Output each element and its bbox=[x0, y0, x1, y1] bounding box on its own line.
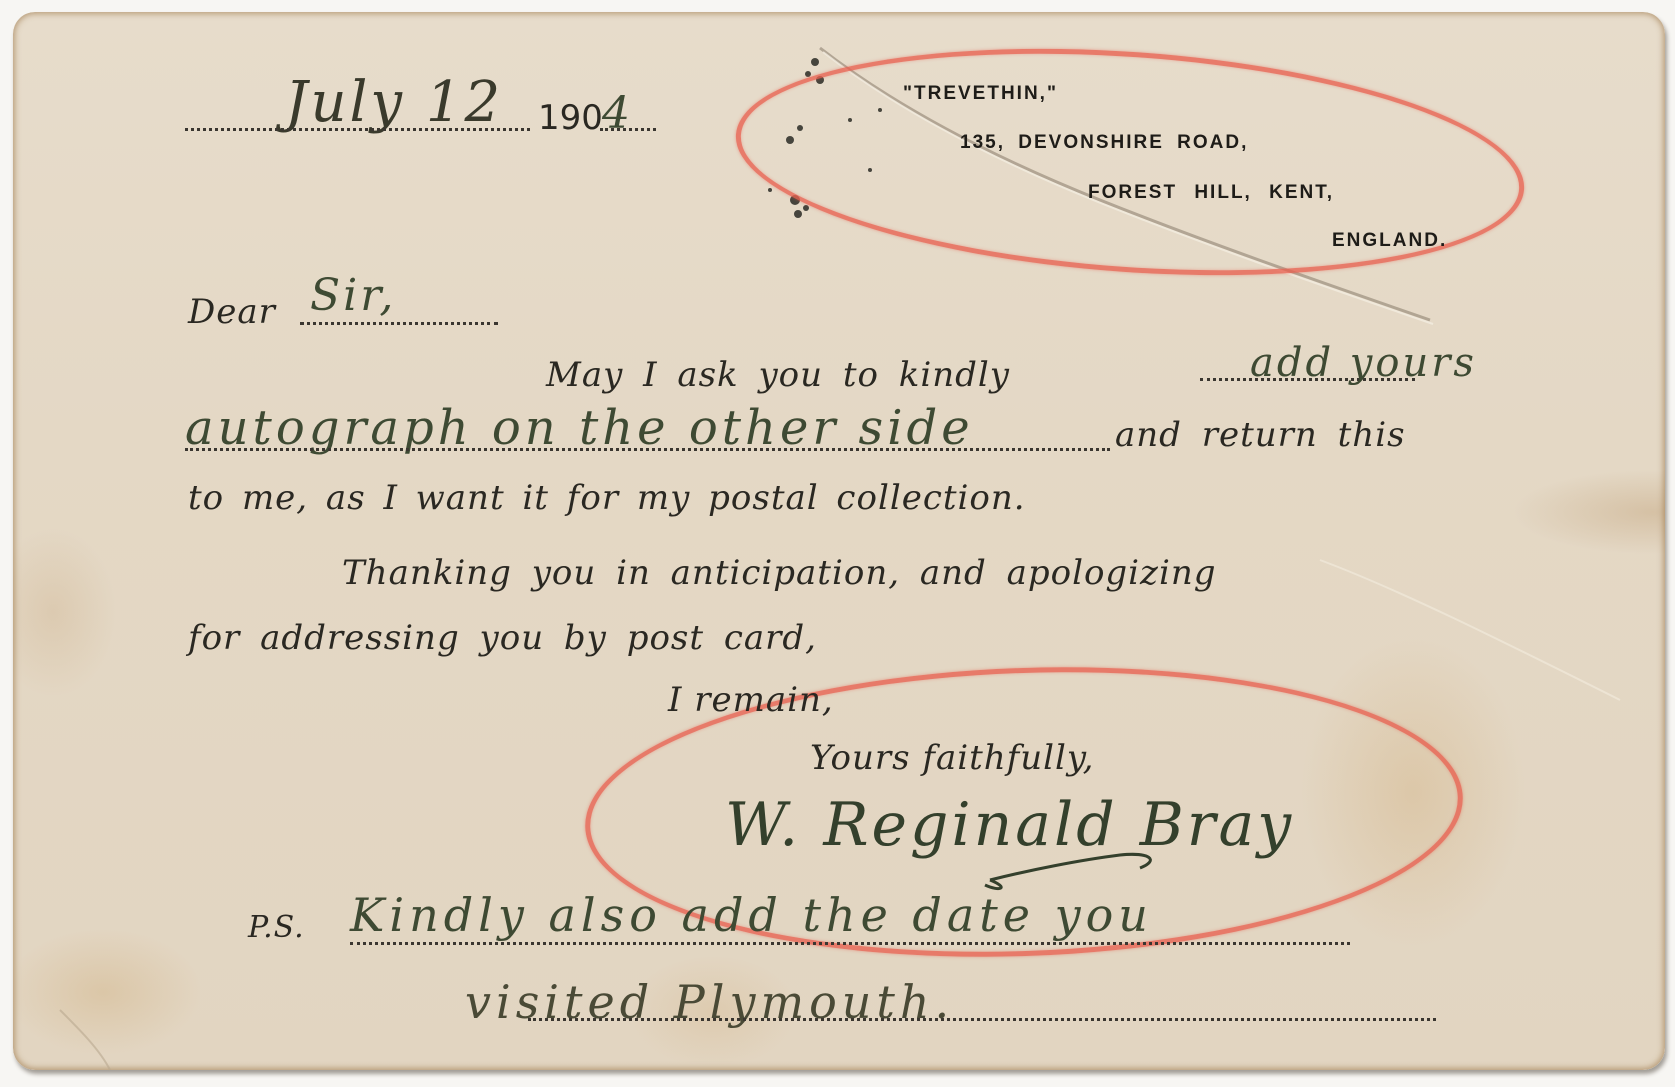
postscript-line-1: Kindly also add the date you bbox=[350, 888, 1153, 942]
salutation-handwritten: Sir, bbox=[310, 270, 396, 321]
closing-yours: Yours faithfully, bbox=[810, 738, 1094, 778]
address-line-1: 135, DEVONSHIRE ROAD, bbox=[960, 132, 1248, 154]
date-year-handwritten: 4 bbox=[602, 88, 633, 139]
salutation-printed: Dear bbox=[188, 292, 276, 332]
body-line-4-printed: Thanking you in anticipation, and apolog… bbox=[342, 553, 1217, 593]
date-dotted-line bbox=[185, 128, 530, 131]
salutation-dotted-line bbox=[300, 322, 498, 325]
body-line-1-handwritten: add yours bbox=[1250, 340, 1477, 386]
address-line-2: FOREST HILL, KENT, bbox=[1088, 182, 1334, 204]
date-year-printed: 190 bbox=[538, 98, 603, 138]
body-line-1-printed: May I ask you to kindly bbox=[546, 355, 1010, 395]
body-line-3-printed: to me, as I want it for my postal collec… bbox=[188, 478, 1026, 518]
body-line-2-printed: and return this bbox=[1115, 415, 1406, 455]
body-line-2-dotted bbox=[185, 448, 1110, 451]
body-line-5-printed: for addressing you by post card, bbox=[188, 618, 817, 658]
signature: W. Reginald Bray bbox=[725, 790, 1294, 860]
date-year-dotted-line bbox=[600, 128, 656, 131]
closing-remain: I remain, bbox=[668, 680, 834, 720]
address-line-3: ENGLAND. bbox=[1332, 230, 1447, 252]
postscript-line-2-dotted bbox=[528, 1018, 1436, 1021]
postscript-label: P.S. bbox=[248, 910, 305, 945]
date-handwritten: July 12 bbox=[285, 70, 503, 135]
postscript-line-1-dotted bbox=[350, 942, 1350, 945]
address-house-name: "TREVETHIN," bbox=[903, 83, 1058, 105]
